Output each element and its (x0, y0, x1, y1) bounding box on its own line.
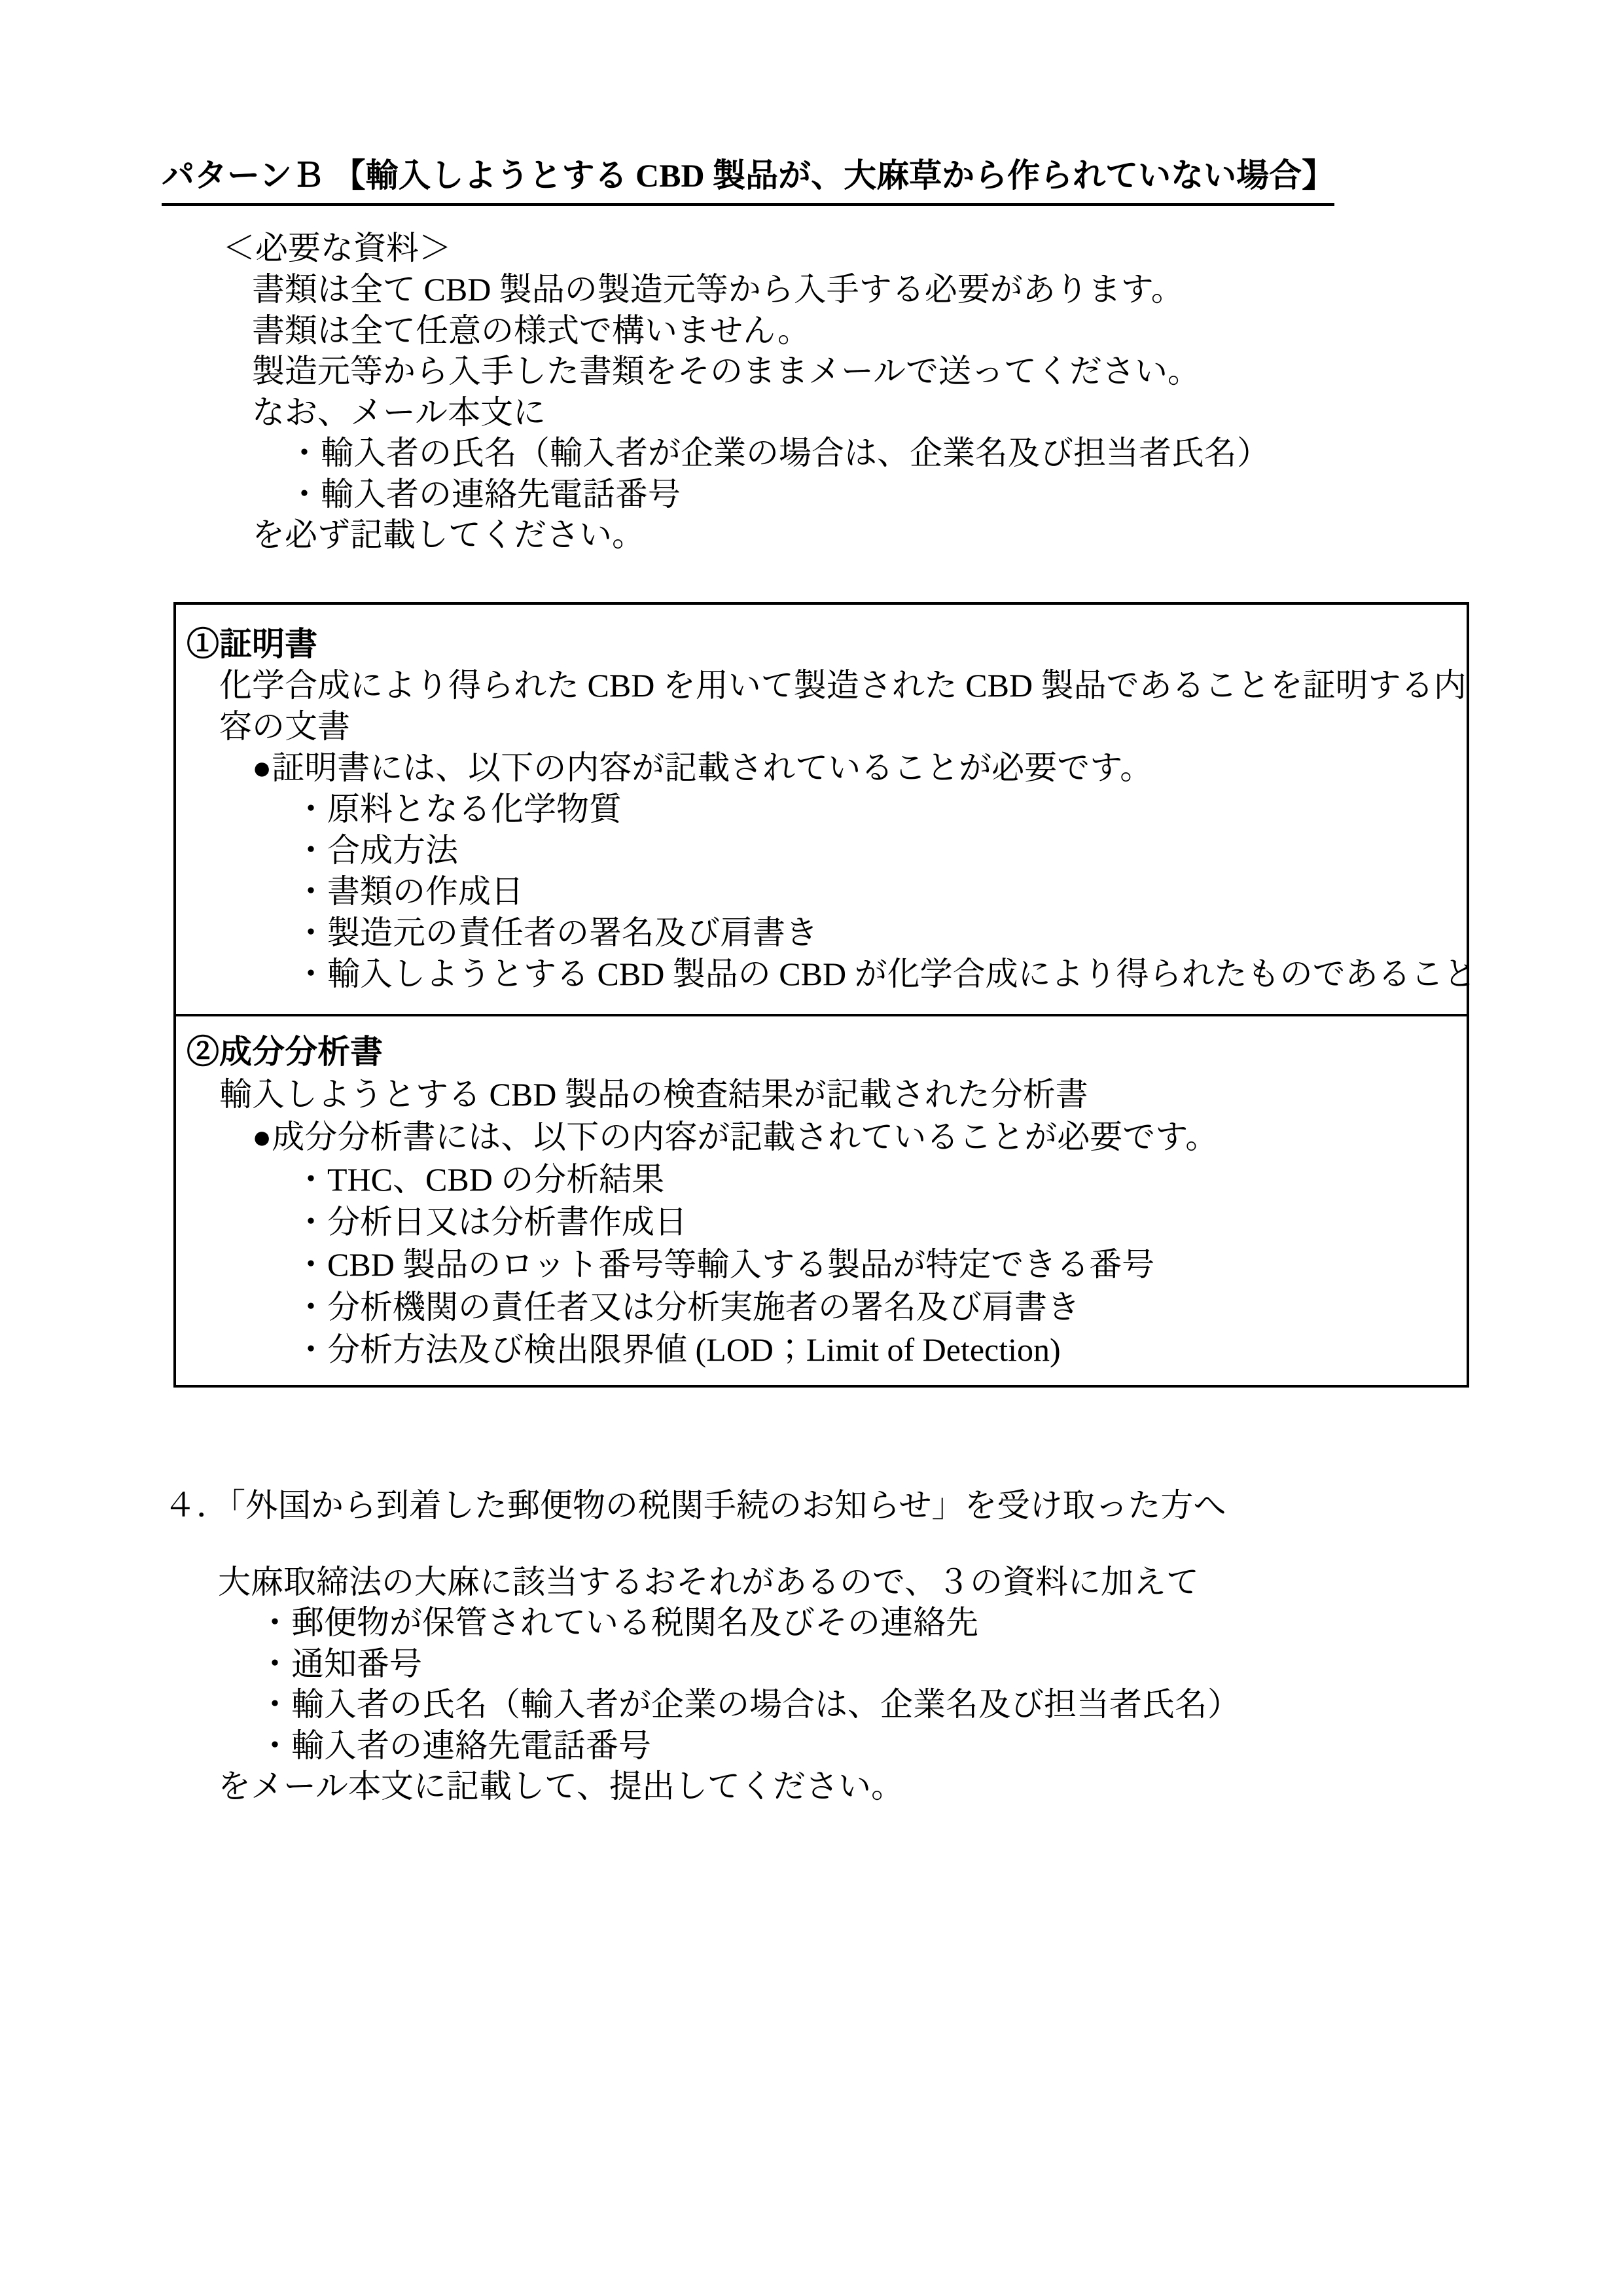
list-item: ・書類の作成日 (294, 874, 524, 910)
text-line: ●証明書には、以下の内容が記載されていることが必要です。 (252, 750, 1152, 786)
list-item: ・原料となる化学物質 (294, 791, 622, 827)
text-line: 輸入しようとする CBD 製品の検査結果が記載された分析書 (219, 1077, 1088, 1113)
document-page: パターンＢ 【輸入しようとする CBD 製品が、大麻草から作られていない場合】 … (0, 0, 1623, 2296)
list-item: ・合成方法 (294, 833, 458, 869)
text-line: 書類は全て CBD 製品の製造元等から入手する必要があります。 (252, 272, 1184, 308)
text-line: 化学合成により得られた CBD を用いて製造された CBD 製品であることを証明… (219, 668, 1467, 704)
list-item: ・輸入者の連絡先電話番号 (259, 1728, 651, 1764)
required-docs-heading: ＜必要な資料＞ (223, 230, 452, 266)
list-item: ・製造元の責任者の署名及び肩書き (294, 915, 818, 951)
text-line: ●成分分析書には、以下の内容が記載されていることが必要です。 (252, 1119, 1218, 1155)
certificate-box-heading: ①証明書 (187, 626, 317, 662)
list-item: ・輸入者の氏名（輸入者が企業の場合は、企業名及び担当者氏名） (259, 1687, 1240, 1723)
text-line: をメール本文に記載して、提出してください。 (218, 1768, 904, 1804)
list-item: ・CBD 製品のロット番号等輸入する製品が特定できる番号 (294, 1247, 1154, 1283)
text-line: 容の文書 (219, 709, 350, 745)
list-item: ・分析方法及び検出限界値 (LOD；Limit of Detection) (294, 1332, 1061, 1368)
section4-heading: ４．「外国から到着した郵便物の税関手続のお知らせ」を受け取った方へ (164, 1488, 1226, 1524)
text-line: なお、メール本文に (252, 395, 546, 431)
certificate-box: ①証明書 化学合成により得られた CBD を用いて製造された CBD 製品である… (173, 602, 1469, 1016)
analysis-box-heading: ②成分分析書 (187, 1034, 383, 1070)
list-item: ・郵便物が保管されている税関名及びその連絡先 (259, 1605, 978, 1641)
list-item: ・THC、CBD の分析結果 (294, 1162, 664, 1198)
list-item: ・分析日又は分析書作成日 (294, 1204, 687, 1240)
text-line: 大麻取締法の大麻に該当するおそれがあるので、３の資料に加えて (218, 1564, 1199, 1600)
page-title: パターンＢ 【輸入しようとする CBD 製品が、大麻草から作られていない場合】 (162, 149, 1334, 206)
list-item: ・輸入しようとする CBD 製品の CBD が化学合成により得られたものであるこ… (294, 956, 1476, 992)
text-line: 書類は全て任意の様式で構いません。 (252, 313, 810, 349)
list-item: ・輸入者の氏名（輸入者が企業の場合は、企業名及び担当者氏名） (288, 435, 1270, 471)
text-line: を必ず記載してください。 (252, 517, 645, 553)
list-item: ・分析機関の責任者又は分析実施者の署名及び肩書き (294, 1289, 1080, 1325)
text-line: 製造元等から入手した書類をそのままメールで送ってください。 (252, 353, 1200, 389)
list-item: ・通知番号 (259, 1646, 422, 1682)
analysis-box: ②成分分析書 輸入しようとする CBD 製品の検査結果が記載された分析書 ●成分… (173, 1016, 1469, 1388)
list-item: ・輸入者の連絡先電話番号 (288, 476, 681, 512)
